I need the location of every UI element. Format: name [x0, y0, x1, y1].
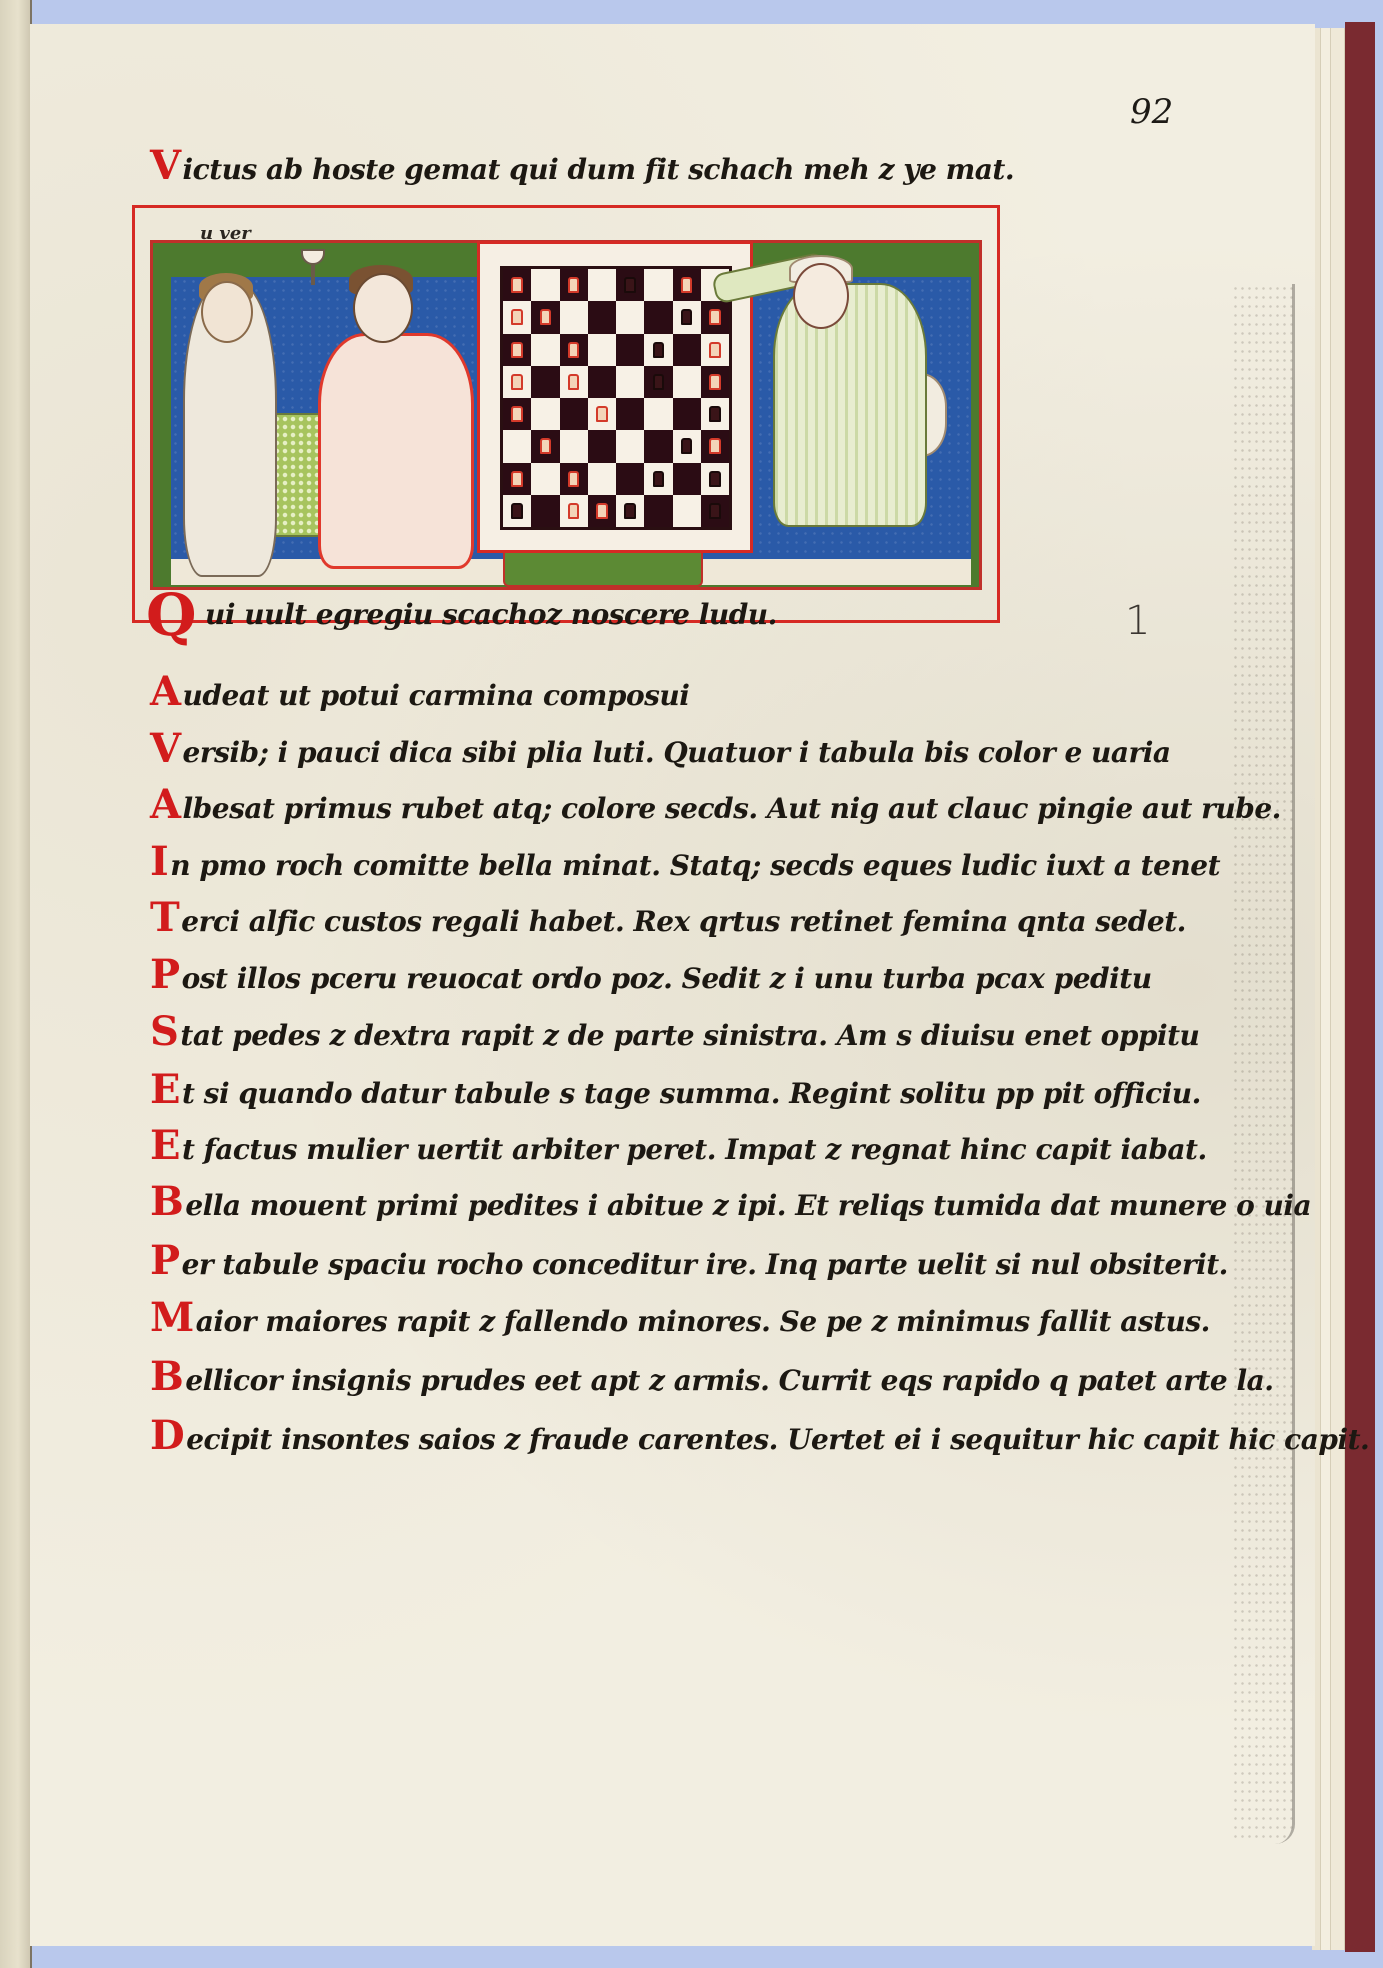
board-square — [644, 366, 672, 398]
board-square — [673, 463, 701, 495]
goblet-icon — [301, 249, 325, 293]
board-square — [644, 495, 672, 527]
line-text: aior maiores rapit z fallendo minores. S… — [196, 1305, 1210, 1338]
board-square — [644, 334, 672, 366]
board-square — [531, 463, 559, 495]
rubric-initial: A — [150, 781, 181, 828]
board-square — [588, 495, 616, 527]
rubric-initial: P — [150, 951, 180, 998]
line-text: ersib; i pauci dica sibi plia luti. Quat… — [183, 736, 1171, 769]
board-square — [616, 269, 644, 301]
rubric-initial: M — [150, 1294, 194, 1341]
chess-piece-icon — [709, 406, 720, 422]
verse-line: Decipit insontes saios z fraude carentes… — [150, 1412, 1369, 1459]
board-square — [673, 495, 701, 527]
chess-piece-icon — [681, 438, 692, 454]
board-square — [588, 334, 616, 366]
chess-piece-icon — [511, 503, 522, 519]
board-square — [503, 334, 531, 366]
rubric-initial: I — [150, 838, 168, 885]
board-square — [503, 301, 531, 333]
board-square — [503, 398, 531, 430]
board-square — [588, 269, 616, 301]
line-text: ellicor insignis prudes eet apt z armis.… — [185, 1364, 1273, 1397]
rubric-initial: E — [150, 1066, 180, 1113]
board-square — [588, 398, 616, 430]
chess-piece-icon — [568, 374, 579, 390]
board-square — [644, 301, 672, 333]
board-square — [701, 366, 729, 398]
chess-piece-icon — [624, 277, 635, 293]
chess-piece-icon — [511, 342, 522, 358]
line-text: ecipit insontes saios z fraude carentes.… — [186, 1423, 1369, 1456]
man-head — [353, 273, 413, 343]
facing-page-edge — [0, 0, 32, 1968]
board-square — [503, 366, 531, 398]
foxing-stain — [1232, 284, 1295, 1844]
line-text: ictus ab hoste gemat qui dum fit schach … — [183, 153, 1015, 186]
board-square — [616, 430, 644, 462]
chess-piece-icon — [511, 309, 522, 325]
page-edge — [1320, 28, 1331, 1950]
chess-piece-icon — [568, 471, 579, 487]
book-cover — [1345, 22, 1375, 1952]
board-square — [503, 495, 531, 527]
chess-piece-icon — [709, 374, 720, 390]
board-square — [701, 398, 729, 430]
verse-line: Audeat ut potui carmina composui — [150, 668, 689, 715]
board-square — [588, 463, 616, 495]
caption-line: ui uult egregiu scachoz noscere ludu. — [205, 598, 777, 631]
board-square — [560, 301, 588, 333]
rubric-initial: V — [150, 142, 181, 189]
board-square — [560, 430, 588, 462]
board-square — [560, 495, 588, 527]
board-square — [588, 366, 616, 398]
servant-head — [201, 281, 253, 343]
verse-line: Per tabule spaciu rocho conceditur ire. … — [150, 1237, 1228, 1284]
board-square — [673, 398, 701, 430]
line-text: t si quando datur tabule s tage summa. R… — [182, 1077, 1201, 1110]
board-square — [616, 366, 644, 398]
line-text: ui uult egregiu scachoz noscere ludu. — [205, 598, 777, 631]
seated-man-figure — [318, 333, 474, 569]
board-square — [673, 430, 701, 462]
line-text: n pmo roch comitte bella minat. Statq; s… — [170, 849, 1220, 882]
board-square — [701, 301, 729, 333]
chess-piece-icon — [540, 438, 551, 454]
chess-piece-icon — [653, 342, 664, 358]
chess-piece-icon — [709, 471, 720, 487]
verse-line: Terci alfic custos regali habet. Rex qrt… — [150, 894, 1186, 941]
verse-line: Albesat primus rubet atq; colore secds. … — [150, 781, 1281, 828]
board-square — [673, 366, 701, 398]
verse-line: In pmo roch comitte bella minat. Statq; … — [150, 838, 1220, 885]
seated-woman-figure — [773, 283, 927, 527]
board-square — [616, 398, 644, 430]
line-text: erci alfic custos regali habet. Rex qrtu… — [181, 905, 1186, 938]
board-square — [503, 463, 531, 495]
board-square — [531, 269, 559, 301]
chess-piece-icon — [653, 471, 664, 487]
chess-piece-icon — [568, 503, 579, 519]
board-square — [644, 398, 672, 430]
chess-piece-icon — [596, 503, 607, 519]
board-square — [701, 334, 729, 366]
rubric-initial: D — [150, 1412, 184, 1459]
rubric-initial: B — [150, 1178, 183, 1225]
verse-line: Bella mouent primi pedites i abitue z ip… — [150, 1178, 1311, 1225]
board-square — [531, 430, 559, 462]
board-square — [616, 334, 644, 366]
board-square — [644, 463, 672, 495]
board-square — [560, 366, 588, 398]
board-square — [644, 430, 672, 462]
folio-number: 92 — [1130, 92, 1173, 132]
verse-line: Bellicor insignis prudes eet apt z armis… — [150, 1353, 1274, 1400]
line-text: er tabule spaciu rocho conceditur ire. I… — [182, 1248, 1228, 1281]
board-square — [560, 269, 588, 301]
line-text: udeat ut potui carmina composui — [183, 679, 690, 712]
heading-line: Victus ab hoste gemat qui dum fit schach… — [150, 142, 1014, 189]
verse-line: Versib; i pauci dica sibi plia luti. Qua… — [150, 725, 1171, 772]
verse-line: Post illos pceru reuocat ordo poz. Sedit… — [150, 951, 1152, 998]
chess-piece-icon — [568, 277, 579, 293]
chess-piece-icon — [709, 342, 720, 358]
chess-miniature — [150, 240, 982, 590]
chess-piece-icon — [709, 309, 720, 325]
chess-piece-icon — [709, 438, 720, 454]
line-text: tat pedes z dextra rapit z de parte sini… — [180, 1019, 1199, 1052]
chess-piece-icon — [624, 503, 635, 519]
rubric-initial: E — [150, 1122, 180, 1169]
verse-line: Stat pedes z dextra rapit z de parte sin… — [150, 1008, 1199, 1055]
verse-line: Et factus mulier uertit arbiter peret. I… — [150, 1122, 1207, 1169]
board-square — [673, 334, 701, 366]
chessboard-frame — [477, 241, 753, 553]
rubric-initial: B — [150, 1353, 183, 1400]
board-square — [616, 463, 644, 495]
board-square — [701, 495, 729, 527]
verse-line: Et si quando datur tabule s tage summa. … — [150, 1066, 1201, 1113]
rubric-initial: V — [150, 725, 181, 772]
rubric-initial: A — [150, 668, 181, 715]
rubric-initial: S — [150, 1008, 178, 1055]
woman-head — [793, 263, 849, 329]
board-square — [616, 301, 644, 333]
line-text: lbesat primus rubet atq; colore secds. A… — [183, 792, 1281, 825]
line-text: ella mouent primi pedites i abitue z ipi… — [185, 1189, 1311, 1222]
board-square — [701, 430, 729, 462]
line-text: ost illos pceru reuocat ordo poz. Sedit … — [182, 962, 1152, 995]
verse-line: Maior maiores rapit z fallendo minores. … — [150, 1294, 1210, 1341]
chess-piece-icon — [596, 406, 607, 422]
board-square — [673, 301, 701, 333]
chess-piece-icon — [511, 406, 522, 422]
board-square — [531, 398, 559, 430]
chess-piece-icon — [511, 471, 522, 487]
board-square — [531, 366, 559, 398]
board-square — [503, 269, 531, 301]
board-stand — [503, 547, 703, 587]
board-square — [616, 495, 644, 527]
board-square — [588, 430, 616, 462]
board-square — [560, 398, 588, 430]
chessboard — [500, 266, 732, 530]
board-square — [560, 463, 588, 495]
chess-piece-icon — [681, 309, 692, 325]
rubric-initial: P — [150, 1237, 180, 1284]
board-square — [588, 301, 616, 333]
board-square — [644, 269, 672, 301]
board-square — [673, 269, 701, 301]
chess-piece-icon — [709, 503, 720, 519]
rubric-initial-q: Q — [146, 586, 197, 644]
chess-piece-icon — [653, 374, 664, 390]
chess-piece-icon — [511, 374, 522, 390]
board-square — [503, 430, 531, 462]
chess-piece-icon — [568, 342, 579, 358]
rubric-initial: T — [150, 894, 179, 941]
board-square — [701, 463, 729, 495]
chess-piece-icon — [681, 277, 692, 293]
pencil-annotation: 1 — [1125, 598, 1150, 644]
chess-piece-icon — [511, 277, 522, 293]
page-edge — [1330, 28, 1345, 1950]
board-square — [531, 301, 559, 333]
chess-piece-icon — [540, 309, 551, 325]
board-square — [560, 334, 588, 366]
line-text: t factus mulier uertit arbiter peret. Im… — [182, 1133, 1207, 1166]
board-square — [531, 334, 559, 366]
board-square — [531, 495, 559, 527]
